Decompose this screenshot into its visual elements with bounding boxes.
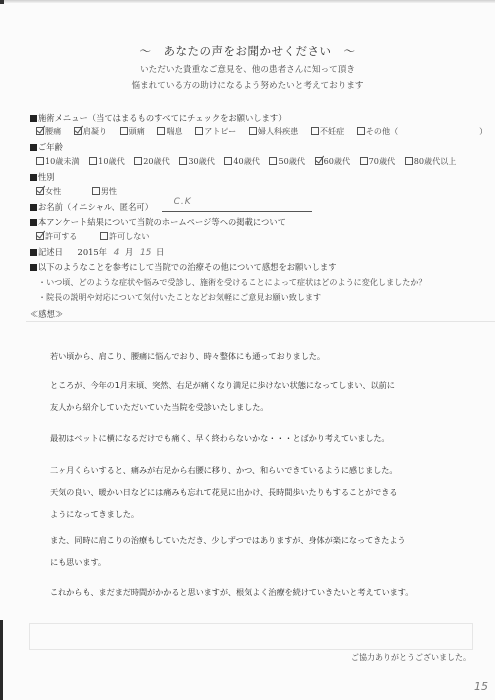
- publish-option-allow[interactable]: 許可する: [36, 231, 77, 242]
- impressions-heading: ≪感想≫: [30, 308, 63, 320]
- age-section-label: ご年齢: [30, 141, 63, 153]
- square-bullet-icon: [30, 144, 37, 151]
- square-bullet-icon: [30, 204, 37, 211]
- comment-line: これからも、まだまだ時間がかかると思いますが、根気よく治療を続けていきたいと考え…: [50, 587, 413, 598]
- checkbox-icon[interactable]: [405, 157, 413, 165]
- checkbox-icon[interactable]: [120, 127, 128, 135]
- menu-option-headache[interactable]: 頭痛: [120, 126, 145, 137]
- subtitle-line-1: いただいた貴重なご意見を、他の患者さんに知って頂き: [0, 63, 495, 75]
- age-options: 10歳未満 10歳代 20歳代 30歳代 40歳代 50歳代 60歳代 70歳代…: [36, 156, 456, 167]
- publish-section-label: 本アンケート結果について当院のホームページ等への掲載について: [30, 216, 286, 228]
- menu-options: 腰痛 肩凝り 頭痛 喘息 アトピー 婦人科疾患 不妊症 その他（ ）: [36, 126, 495, 137]
- comment-line: ようになってきました。: [50, 509, 139, 520]
- name-value: C.K: [174, 197, 192, 207]
- thanks-message: ご協力ありがとうございました。: [351, 652, 471, 663]
- square-bullet-icon: [30, 249, 37, 256]
- menu-option-lower-back-pain[interactable]: 腰痛: [36, 126, 61, 137]
- menu-option-asthma[interactable]: 喘息: [157, 126, 182, 137]
- checkbox-checked-icon[interactable]: [36, 187, 44, 195]
- publish-options: 許可する 許可しない: [36, 231, 159, 242]
- square-bullet-icon: [30, 174, 37, 181]
- subtitle-line-2: 悩まれている方の助けになるよう努めたいと考えております: [0, 79, 495, 91]
- age-option-40s[interactable]: 40歳代: [224, 156, 260, 167]
- menu-option-other[interactable]: その他（ ）: [357, 126, 487, 137]
- age-option-60s[interactable]: 60歳代: [315, 156, 351, 167]
- age-option-20s[interactable]: 20歳代: [134, 156, 170, 167]
- checkbox-icon[interactable]: [36, 157, 44, 165]
- gender-option-male[interactable]: 男性: [92, 186, 117, 197]
- publish-option-deny[interactable]: 許可しない: [100, 231, 149, 242]
- name-section: お名前（イニシャル、匿名可） C.K: [30, 201, 312, 213]
- checkbox-icon[interactable]: [357, 127, 365, 135]
- gender-option-female[interactable]: 女性: [36, 186, 61, 197]
- checkbox-icon[interactable]: [92, 187, 100, 195]
- checkbox-icon[interactable]: [157, 127, 165, 135]
- page-number: 15: [474, 680, 488, 693]
- age-option-30s[interactable]: 30歳代: [179, 156, 215, 167]
- checkbox-icon[interactable]: [89, 157, 97, 165]
- comment-line: ところが、今年の1月末頃、突然、右足が痛くなり満足に歩けない状態になってしまい、…: [50, 380, 395, 391]
- scan-left-edge: [0, 620, 3, 700]
- checkbox-icon[interactable]: [311, 127, 319, 135]
- checkbox-icon[interactable]: [100, 232, 108, 240]
- age-option-80s-plus[interactable]: 80歳代以上: [405, 156, 457, 167]
- name-field[interactable]: C.K: [162, 201, 312, 212]
- page-title: ～ あなたの声をお聞かせください ～: [0, 43, 495, 59]
- section-divider: [26, 321, 495, 322]
- checkbox-icon[interactable]: [269, 157, 277, 165]
- checkbox-icon[interactable]: [360, 157, 368, 165]
- survey-page: ～ あなたの声をお聞かせください ～ いただいた貴重なご意見を、他の患者さんに知…: [0, 0, 495, 700]
- menu-section-label: 施術メニュー（当てはまるものすべてにチェックをお願いします）: [30, 112, 287, 124]
- comment-line: 若い頃から、肩こり、腰痛に悩んでおり、時々整体にも通っておりました。: [50, 351, 325, 362]
- date-day-value[interactable]: 15: [140, 248, 151, 258]
- impressions-section-label: 以下のようなことを参考にして当院での治療その他について感想をお願いします: [30, 261, 337, 273]
- impressions-hint-2: ・院長の説明や対応について気付いたことなどお気軽にご意見お願い致します: [38, 292, 321, 303]
- gender-section-label: 性別: [30, 171, 55, 183]
- gender-options: 女性 男性: [36, 186, 127, 197]
- scan-corner-mark: [0, 0, 4, 4]
- age-option-10s[interactable]: 10歳代: [89, 156, 125, 167]
- menu-option-stiff-shoulders[interactable]: 肩凝り: [74, 126, 107, 137]
- comment-line: にも思います。: [50, 557, 106, 568]
- comment-line: 二ヶ月くらいすると、痛みが右足から右腰に移り、かつ、和らいできているように感じま…: [50, 465, 397, 476]
- comment-box-outline: [29, 623, 473, 650]
- age-option-under-10[interactable]: 10歳未満: [36, 156, 80, 167]
- impressions-hint-1: ・いつ頃、どのような症状や悩みで受診し、施術を受けることによって症状はどのように…: [38, 277, 427, 288]
- square-bullet-icon: [30, 264, 37, 271]
- comment-line: また、同時に肩こりの治療もしていただき、少しずつではありますが、身体が楽になって…: [50, 535, 406, 546]
- checkbox-icon[interactable]: [134, 157, 142, 165]
- checkbox-icon[interactable]: [195, 127, 203, 135]
- checkbox-checked-icon[interactable]: [315, 157, 323, 165]
- date-day-unit: 日: [156, 247, 164, 257]
- comment-line: 友人から紹介していただいていた当院を受診いたしました。: [50, 402, 268, 413]
- comment-line: 天気の良い、暖かい日などには痛みも忘れて花見に出かけ、長時間歩いたりもすることが…: [50, 487, 397, 498]
- date-year: 2015年: [78, 247, 107, 257]
- checkbox-checked-icon[interactable]: [36, 232, 44, 240]
- date-month-value[interactable]: 4: [114, 248, 120, 258]
- menu-option-gynecological[interactable]: 婦人科疾患: [249, 126, 298, 137]
- checkbox-checked-icon[interactable]: [36, 127, 44, 135]
- square-bullet-icon: [30, 115, 37, 122]
- checkbox-checked-icon[interactable]: [74, 127, 82, 135]
- checkbox-icon[interactable]: [179, 157, 187, 165]
- menu-option-infertility[interactable]: 不妊症: [311, 126, 344, 137]
- scan-top-edge: [0, 0, 495, 3]
- age-option-70s[interactable]: 70歳代: [360, 156, 396, 167]
- age-option-50s[interactable]: 50歳代: [269, 156, 305, 167]
- checkbox-icon[interactable]: [224, 157, 232, 165]
- comment-line: 最初はベットに横になるだけでも痛く、早く終わらないかな・・・とばかり考えていまし…: [50, 433, 390, 444]
- date-month-unit: 月: [125, 247, 133, 257]
- menu-option-atopy[interactable]: アトピー: [195, 126, 236, 137]
- date-section: 記述日 2015年 4 月 15 日: [30, 246, 164, 258]
- square-bullet-icon: [30, 219, 37, 226]
- date-label: 記述日: [38, 247, 63, 257]
- name-label: お名前（イニシャル、匿名可）: [38, 202, 153, 212]
- checkbox-icon[interactable]: [249, 127, 257, 135]
